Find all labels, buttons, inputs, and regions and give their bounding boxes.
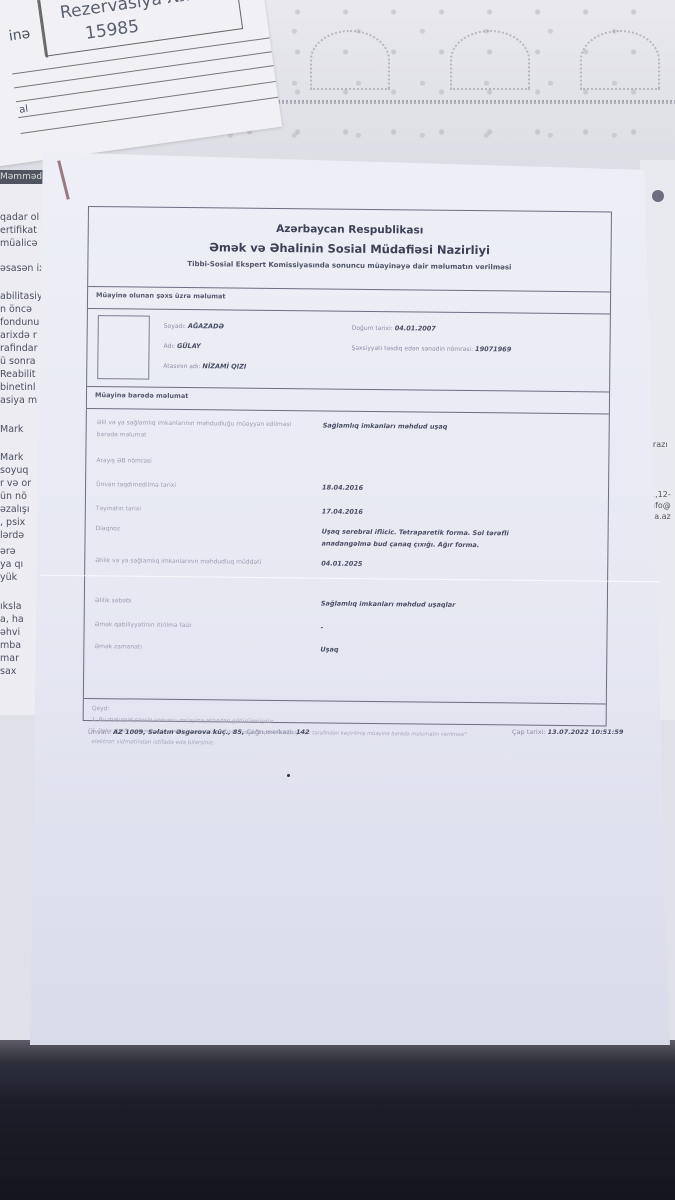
- row-label: Ünvan təqdimedilmə tarixi: [96, 479, 176, 492]
- patronymic-field: Atasının adı: NİZAMİ QIZI: [163, 362, 246, 371]
- exam-section: Əlil və ya sağlamlıq imkanlarının məhdud…: [84, 409, 609, 704]
- row-label: Əmək qabiliyyətinin itirilmə faizi: [95, 619, 192, 632]
- row-value: Uşaq: [320, 643, 550, 657]
- text-fragment: , psix: [0, 517, 25, 528]
- form-subtitle: Tibbi-Sosial Ekspert Komissiyasında sonu…: [88, 259, 610, 272]
- row-label: Əlilik səbəbi: [95, 595, 132, 607]
- text-fragment: ya qı: [0, 559, 23, 570]
- lace-band: [250, 100, 675, 104]
- note-line: 1. Bu məlumat şəxsin sonuncu müayinə akt…: [92, 717, 598, 728]
- form-header: Azərbaycan Respublikası Əmək və Əhalinin…: [88, 207, 611, 292]
- id-document-field: Şəxsiyyəti təsdiq edən sənədin nömrəsi: …: [351, 344, 511, 354]
- text-fragment: Mark: [0, 424, 23, 435]
- text-fragment: arixdə r: [0, 330, 37, 341]
- row-label: Əlilik və ya sağlamlıq imkanlarının məhd…: [95, 555, 285, 569]
- text-fragment: binetinl: [0, 382, 36, 393]
- text-fragment: r və or: [0, 478, 31, 489]
- text-fragment: a, ha: [0, 614, 24, 625]
- text-fragment: soyuq: [0, 465, 28, 476]
- row-value: 17.04.2016: [322, 505, 552, 519]
- dark-surface: [0, 1040, 675, 1200]
- text-fragment: ıksla: [0, 601, 22, 612]
- note-label: Qeyd:: [92, 705, 598, 717]
- text-fragment: ü sonra: [0, 356, 36, 367]
- row-value: Uşaq serebral iflicic. Tetraparetik form…: [321, 525, 551, 551]
- text-fragment: mba: [0, 640, 21, 651]
- row-value: -: [321, 621, 551, 635]
- lace-pattern: [450, 30, 530, 90]
- birth-date-field: Doğum tarixi: 04.01.2007: [352, 324, 436, 333]
- text-fragment: qadar ol: [0, 212, 39, 223]
- row-label: Təyinatın tarixi: [96, 503, 141, 515]
- text-fragment: Məmməd: [0, 172, 42, 182]
- text-fragment: rafindar: [0, 343, 38, 354]
- person-section: Soyadı: AĞAZADƏ Adı: GÜLAY Atasının adı:…: [87, 309, 610, 392]
- photo-placeholder: [97, 315, 150, 380]
- lace-pattern: [580, 30, 660, 90]
- punch-hole: [652, 190, 664, 202]
- reservation-box: Rezervasiya №: 15985: [37, 0, 243, 57]
- row-value: 04.01.2025: [321, 557, 551, 571]
- ink-dot: [287, 774, 290, 777]
- text-fragment: fondunu: [0, 317, 39, 328]
- note-line: elektron xidmətindən istifadə edə bilərs…: [91, 739, 597, 750]
- row-label: Əmək zamanatı: [94, 641, 142, 653]
- row-value: 18.04.2016: [322, 481, 552, 495]
- row-label: Arayış ƏB nömrəsi: [96, 455, 152, 468]
- name-field: Adı: GÜLAY: [163, 342, 200, 350]
- text-fragment: mar: [0, 653, 19, 664]
- country-title: Azərbaycan Respublikası: [89, 221, 611, 238]
- text-fragment: əhvi: [0, 627, 20, 638]
- text-fragment: yük: [0, 572, 17, 583]
- divider: [38, 0, 48, 58]
- reservation-number: 15985: [84, 17, 140, 44]
- text-fragment: Mark: [0, 452, 23, 463]
- ruled-line: [20, 97, 278, 134]
- text-fragment: sax: [0, 666, 16, 677]
- row-value: Sağlamlıq imkanları məhdud uşaq: [323, 419, 553, 433]
- row-label: Əlil və ya sağlamlıq imkanlarının məhdud…: [97, 417, 297, 443]
- text-fragment: müalicə: [0, 238, 37, 249]
- text-fragment: Reabilit: [0, 369, 36, 380]
- row-value: Sağlamlıq imkanları məhdud uşaqlar: [321, 597, 551, 611]
- text-fragment: əzalışı: [0, 504, 30, 515]
- ruled-line: [18, 81, 276, 118]
- text-fragment: ərə: [0, 546, 16, 557]
- ruled-line: [16, 65, 274, 102]
- text-fragment: asiya m: [0, 395, 37, 406]
- text-fragment: ertifikat: [0, 225, 37, 236]
- surname-field: Soyadı: AĞAZADƏ: [164, 322, 224, 331]
- text-fragment: lərdə: [0, 530, 24, 541]
- text-fragment: ün nö: [0, 491, 27, 502]
- text-fragment: abilitasiy: [0, 291, 43, 302]
- text-fragment: n öncə: [0, 304, 32, 315]
- lace-pattern: [310, 30, 390, 90]
- address-footer: Ünvan: AZ 1009, Səlatın Əsgərova küç., 8…: [88, 728, 310, 736]
- ministry-title: Əmək və Əhalinin Sosial Müdafiəsi Nazirl…: [89, 239, 611, 258]
- text-fragment: al: [19, 104, 29, 116]
- text-fragment: inə: [8, 26, 31, 45]
- row-label: Diaqnoz: [96, 523, 121, 535]
- print-date-footer: Çap tarixi: 13.07.2022 10:51:59: [512, 728, 623, 736]
- medical-commission-form: Azərbaycan Respublikası Əmək və Əhalinin…: [83, 206, 612, 726]
